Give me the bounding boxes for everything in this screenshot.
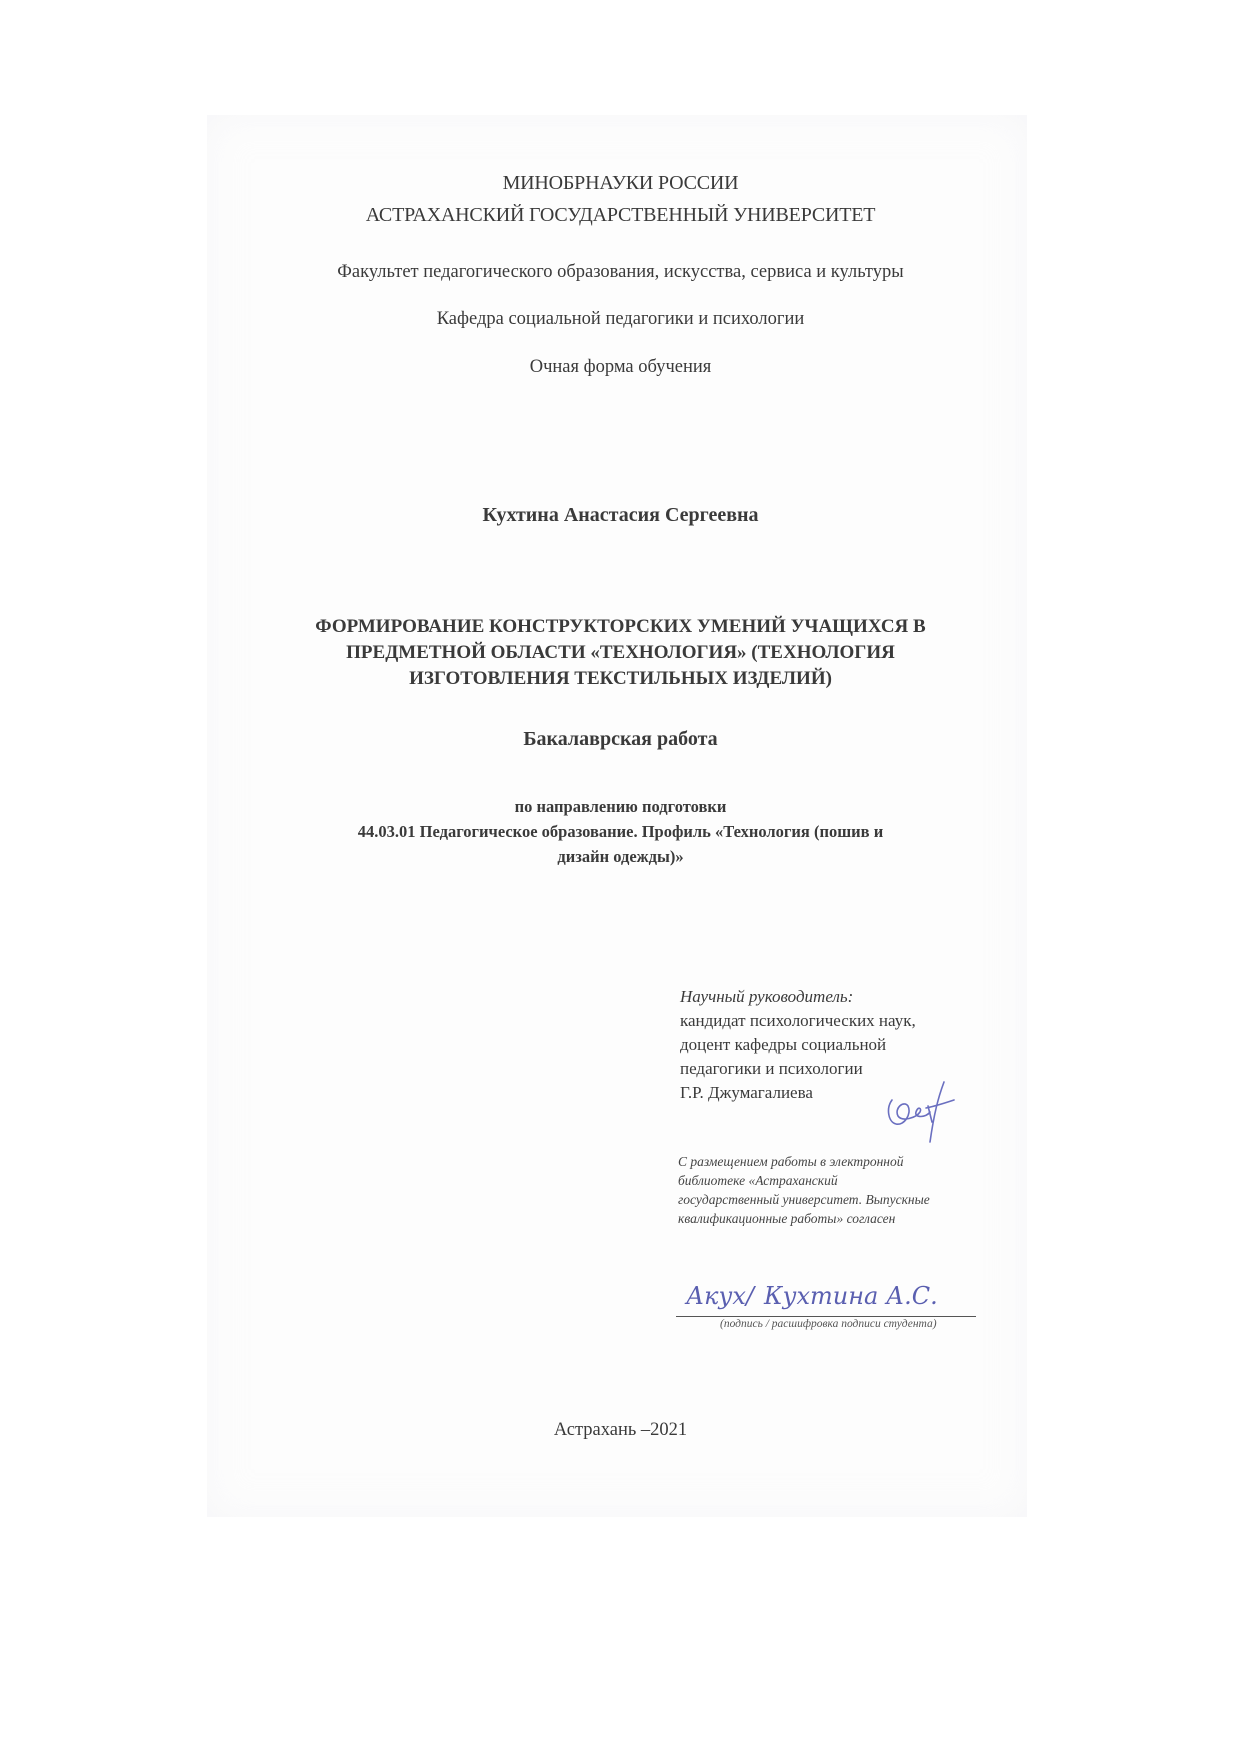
thesis-title-line: ПРЕДМЕТНОЙ ОБЛАСТИ «ТЕХНОЛОГИЯ» (ТЕХНОЛО…	[0, 640, 1241, 666]
study-form: Очная форма обучения	[0, 357, 1241, 378]
thesis-title-line: ИЗГОТОВЛЕНИЯ ТЕКСТИЛЬНЫХ ИЗДЕЛИЙ)	[0, 666, 1241, 692]
direction-line: 44.03.01 Педагогическое образование. Про…	[0, 819, 1241, 844]
supervisor-line: кандидат психологических наук,	[680, 1009, 916, 1033]
direction-line: дизайн одежды)»	[0, 844, 1241, 869]
thesis-title: ФОРМИРОВАНИЕ КОНСТРУКТОРСКИХ УМЕНИЙ УЧАЩ…	[0, 614, 1241, 692]
signature-decoding: Кухтина А.С.	[764, 1282, 938, 1310]
library-consent: С размещением работы в электронной библи…	[678, 1152, 930, 1228]
supervisor-label: Научный руководитель:	[680, 985, 916, 1009]
author-name: Кухтина Анастасия Сергеевна	[0, 504, 1241, 527]
student-signature-line: Акух / Кухтина А.С.	[676, 1280, 976, 1317]
thesis-title-line: ФОРМИРОВАНИЕ КОНСТРУКТОРСКИХ УМЕНИЙ УЧАЩ…	[0, 614, 1241, 640]
faculty-name: Факультет педагогического образования, и…	[0, 262, 1241, 283]
supervisor-block: Научный руководитель: кандидат психологи…	[680, 985, 916, 1105]
consent-line: квалификационные работы» согласен	[678, 1209, 930, 1228]
work-type: Бакалаврская работа	[0, 728, 1241, 751]
department-name: Кафедра социальной педагогики и психолог…	[0, 309, 1241, 330]
supervisor-line: доцент кафедры социальной	[680, 1033, 916, 1057]
consent-line: С размещением работы в электронной	[678, 1152, 930, 1171]
direction-line: по направлению подготовки	[0, 794, 1241, 819]
supervisor-line: педагогики и психологии	[680, 1057, 916, 1081]
student-signature: Акух	[686, 1282, 746, 1310]
signature-separator: /	[746, 1282, 754, 1310]
city-year: Астрахань –2021	[0, 1420, 1241, 1441]
study-direction: по направлению подготовки 44.03.01 Педаг…	[0, 794, 1241, 869]
ministry-heading: МИНОБРНАУКИ РОССИИ	[0, 172, 1241, 195]
university-heading: АСТРАХАНСКИЙ ГОСУДАРСТВЕННЫЙ УНИВЕРСИТЕТ	[0, 204, 1241, 227]
supervisor-signature-icon	[882, 1078, 962, 1148]
supervisor-name: Г.Р. Джумагалиева	[680, 1081, 916, 1105]
signature-caption: (подпись / расшифровка подписи студента)	[720, 1318, 937, 1330]
consent-line: библиотеке «Астраханский	[678, 1171, 930, 1190]
consent-line: государственный университет. Выпускные	[678, 1190, 930, 1209]
